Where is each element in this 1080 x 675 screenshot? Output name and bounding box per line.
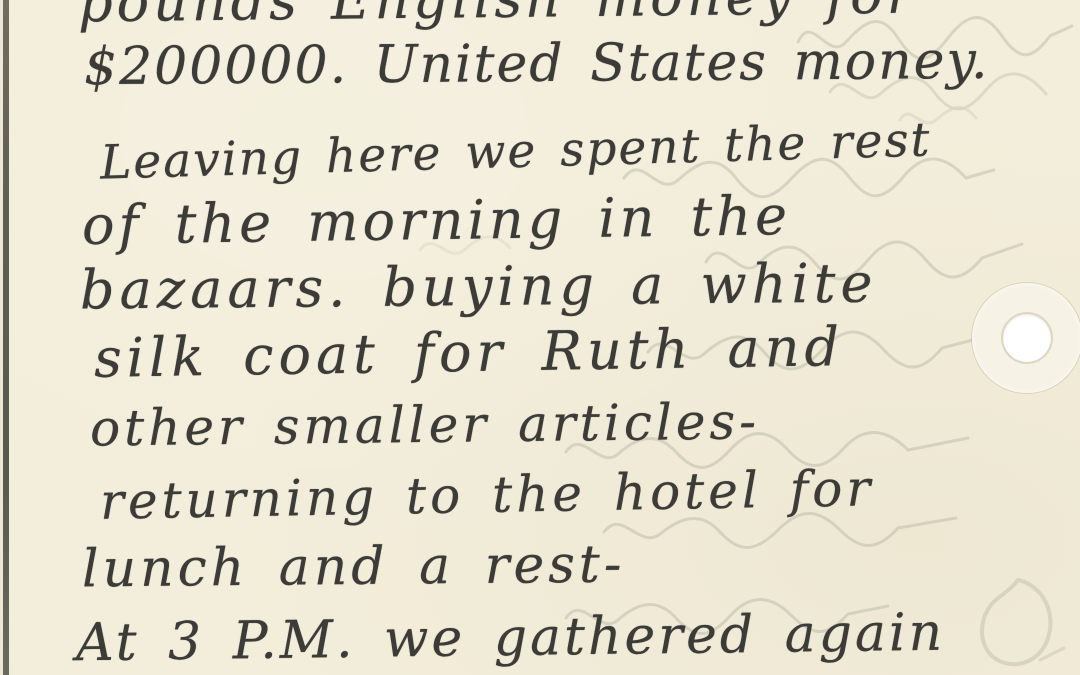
handwritten-line-1: pounds English money for	[78, 0, 917, 30]
handwritten-line-5: bazaars. buying a white	[80, 257, 878, 318]
diary-page: pounds English money for $200000. United…	[0, 0, 1080, 675]
handwritten-line-6: silk coat for Ruth and	[94, 320, 845, 386]
punch-hole	[1003, 314, 1051, 362]
scan-edge-dark	[3, 0, 9, 675]
handwritten-line-8: returning to the hotel for	[100, 463, 875, 527]
handwritten-line-9: lunch and a rest-	[82, 539, 626, 596]
punch-hole-reinforcement-ring	[972, 283, 1080, 393]
handwritten-line-10: At 3 P.M. we gathered again	[76, 607, 946, 670]
handwritten-line-3: Leaving here we spent the rest	[100, 116, 933, 186]
handwritten-line-4: of the morning in the	[82, 189, 792, 253]
handwritten-line-2: $200000. United States money.	[84, 35, 990, 93]
handwritten-line-7: other smaller articles-	[90, 396, 760, 453]
